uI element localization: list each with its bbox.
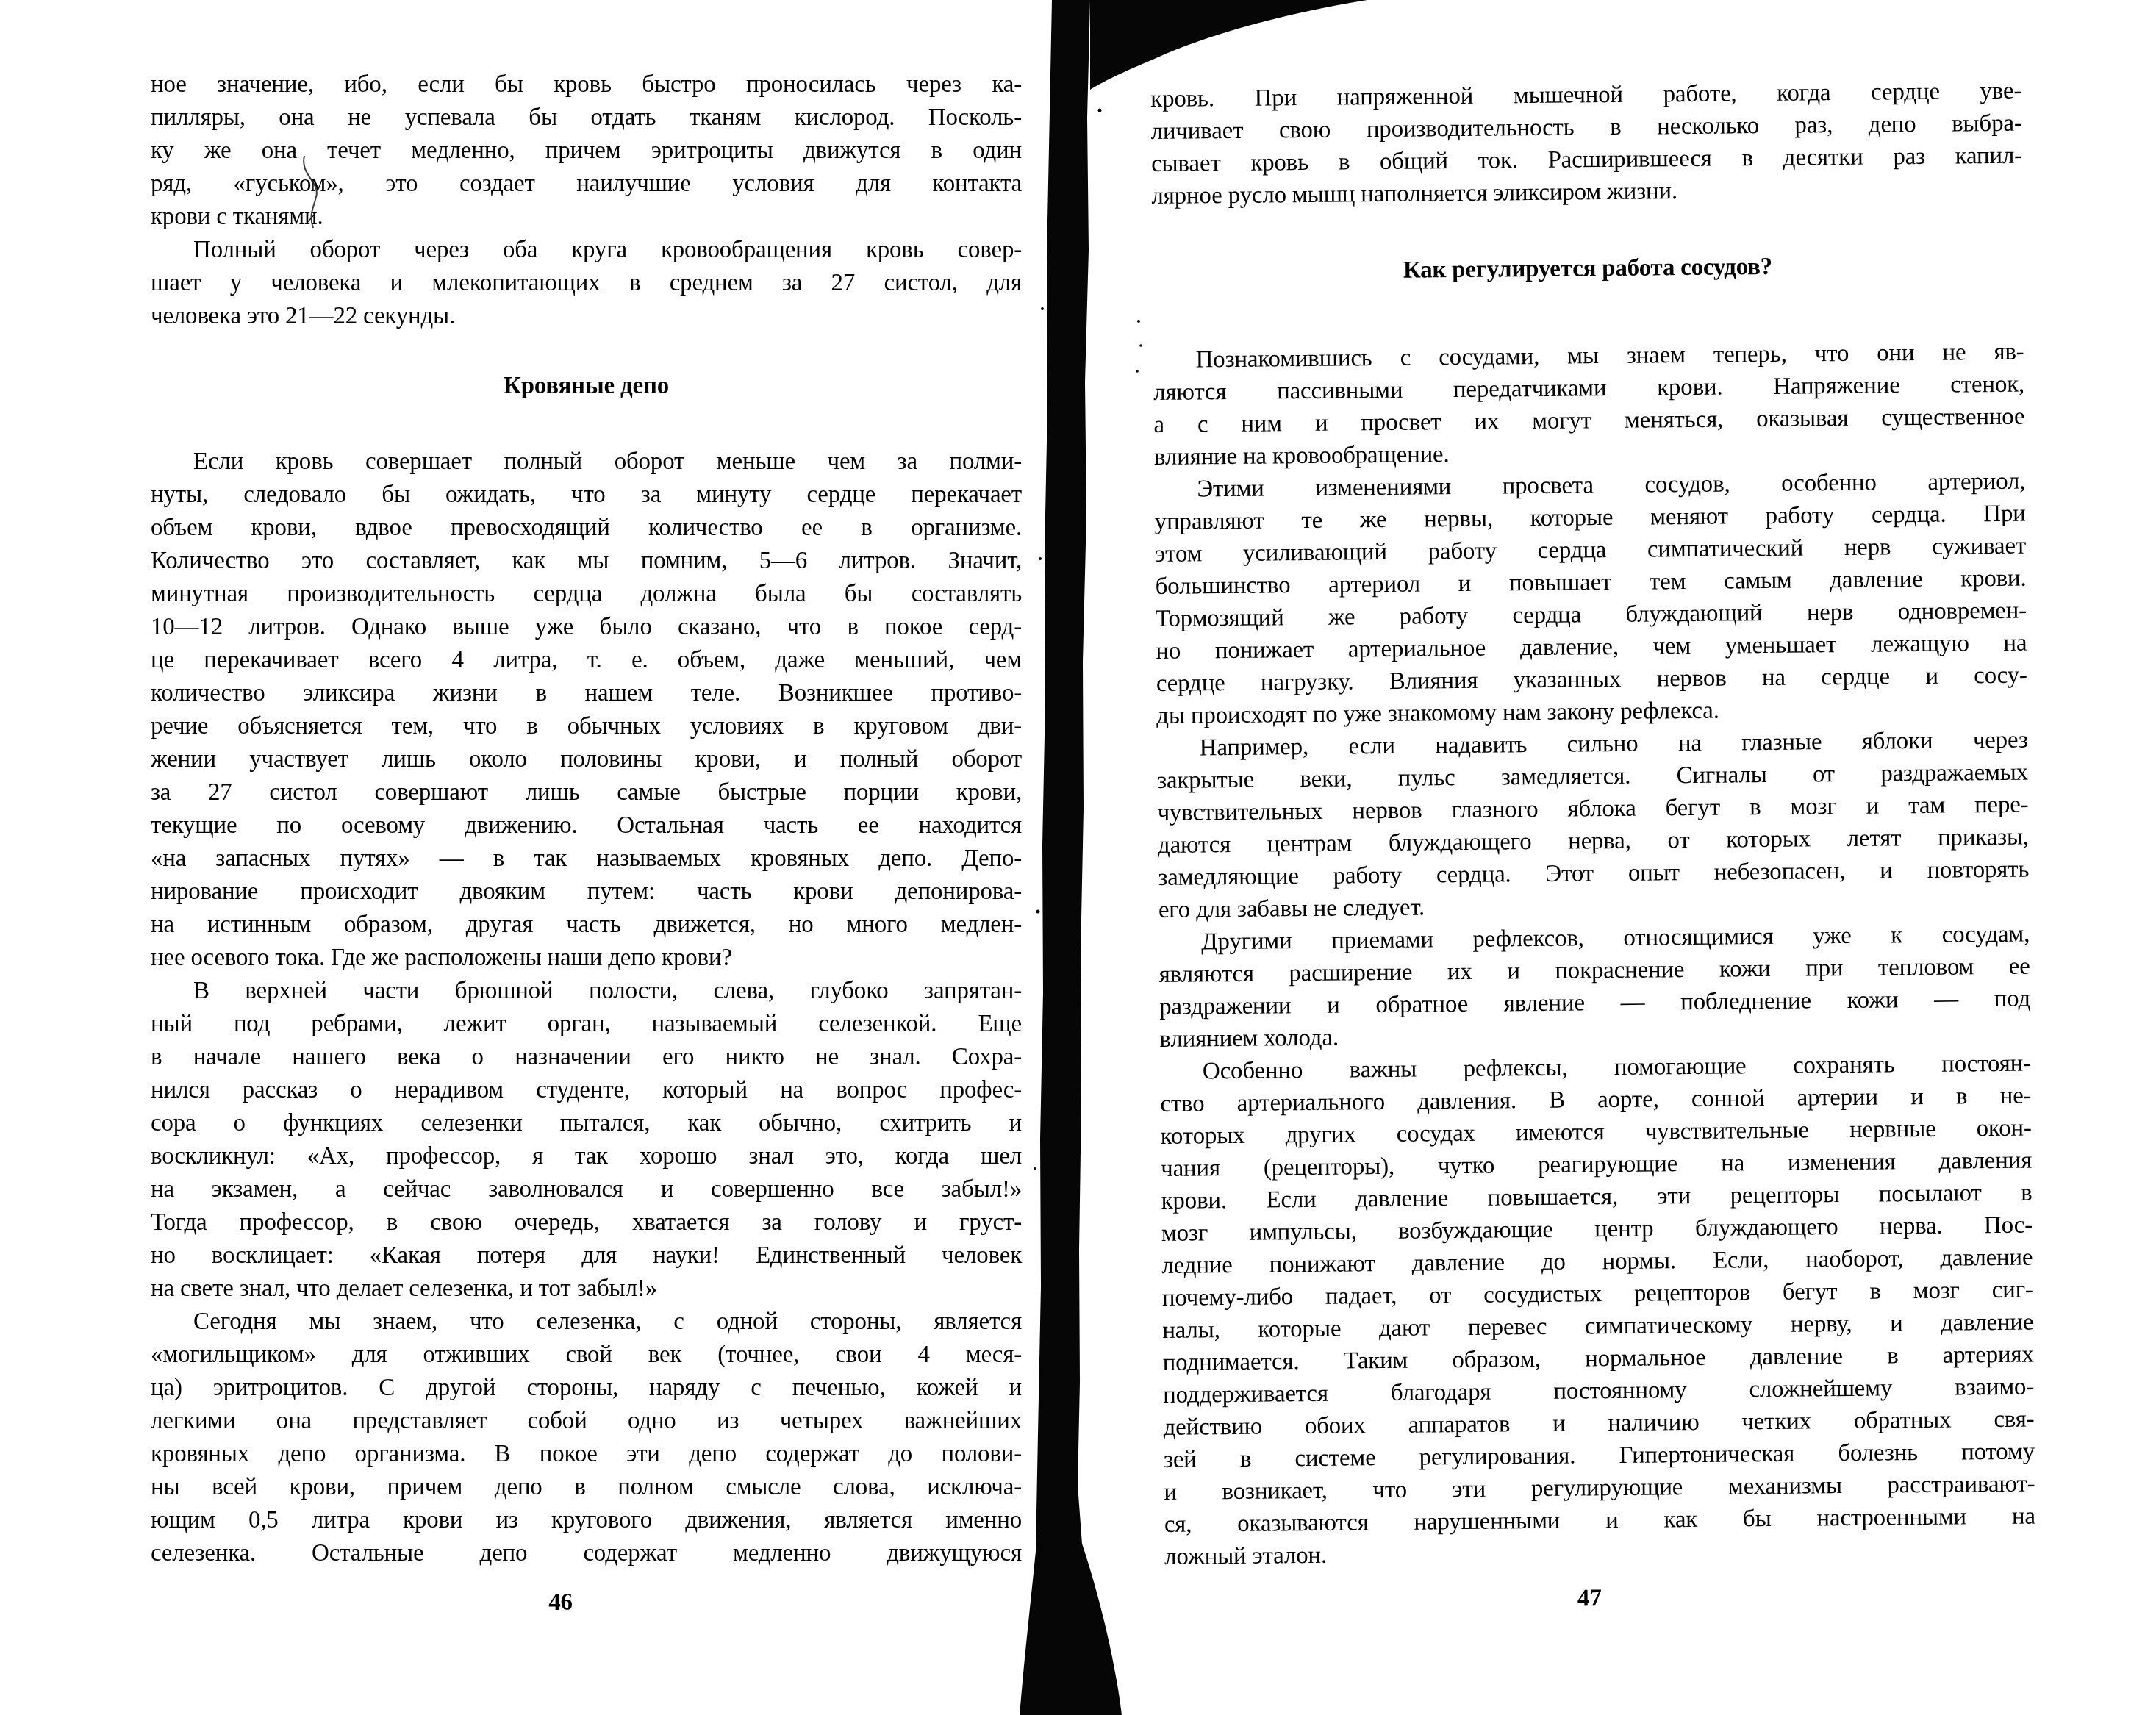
page-left-text: ное значение, ибо, если бы кровь быстро … [151, 68, 1022, 1570]
text-line: кровяных депо организма. В покое эти деп… [151, 1438, 1022, 1471]
paragraph: Познакомившись с сосудами, мы знаем тепе… [1153, 336, 2025, 473]
ink-speckle [1136, 370, 1139, 373]
text-line: минутная производительность сердца должн… [151, 578, 1022, 611]
paragraph: Например, если надавить сильно на глазны… [1156, 724, 2029, 926]
text-line: жении участвует лишь около половины кров… [151, 743, 1022, 776]
text-line: це перекачивает всего 4 литра, т. е. объ… [151, 644, 1022, 677]
text-line: Тогда профессор, в свою очередь, хватает… [151, 1206, 1022, 1239]
text-line: объем крови, вдвое превосходящий количес… [151, 512, 1022, 545]
paragraph: Этими изменениями просвета сосудов, особ… [1154, 465, 2027, 732]
text-line: В верхней части брюшной полости, слева, … [151, 975, 1022, 1008]
text-line: 10—12 литров. Однако выше уже было сказа… [151, 611, 1022, 644]
text-line: за 27 систол совершают лишь самые быстры… [151, 776, 1022, 809]
text-line: речие объясняется тем, что в обычных усл… [151, 710, 1022, 743]
text-line: «на запасных путях» — в так называемых к… [151, 842, 1022, 876]
text-line: ны всей крови, причем депо в полном смыс… [151, 1471, 1022, 1504]
ink-speckle [1039, 557, 1042, 560]
text-line: в начале нашего века о назначении его ни… [151, 1041, 1022, 1074]
text-line: ющим 0,5 литра крови из кругового движен… [151, 1504, 1022, 1537]
page-left: ное значение, ибо, если бы кровь быстро … [151, 68, 1022, 1619]
text-line: сора о функциях селезенки пытался, как о… [151, 1107, 1022, 1140]
text-line: ряд, «гуськом», это создает наилучшие ус… [151, 168, 1022, 201]
ink-speckle [1137, 320, 1140, 323]
text-line: ца) эритроцитов. С другой стороны, наряд… [151, 1372, 1022, 1405]
ink-speckle [1139, 344, 1142, 347]
page-top-edge-shadow [1090, 0, 1367, 90]
paragraph: Сегодня мы знаем, что селезенка, с одной… [151, 1306, 1022, 1570]
paragraph: кровь. При напряженной мышечной работе, … [1150, 75, 2023, 212]
text-line: нился рассказ о нерадивом студенте, кото… [151, 1074, 1022, 1107]
text-line: Количество это составляет, как мы помним… [151, 545, 1022, 578]
paragraph: Особенно важны рефлексы, помогающие сохр… [1160, 1048, 2036, 1573]
section-heading: Кровяные депо [151, 370, 1022, 403]
page-number-left: 46 [125, 1586, 996, 1619]
paragraph: Другими приемами рефлексов, относящимися… [1158, 918, 2031, 1056]
paragraph: Полный оборот через оба круга кровообращ… [151, 234, 1022, 333]
text-line: пилляры, она не успевала бы отдать тканя… [151, 101, 1022, 135]
paragraph: Если кровь совершает полный оборот меньш… [151, 445, 1022, 975]
ink-speckle [1041, 307, 1044, 310]
ink-speckle [1036, 910, 1040, 914]
text-line: на истинным образом, другая часть движет… [151, 909, 1022, 942]
text-line: нирование происходит двояким путем: част… [151, 876, 1022, 909]
text-line: Если кровь совершает полный оборот меньш… [151, 445, 1022, 479]
text-line: текущие по осевому движению. Остальная ч… [151, 809, 1022, 842]
paragraph: В верхней части брюшной полости, слева, … [151, 975, 1022, 1306]
paragraph: ное значение, ибо, если бы кровь быстро … [151, 68, 1022, 234]
section-heading: Как регулируется работа сосудов? [1152, 248, 2023, 289]
text-line: нее осевого тока. Где же расположены наш… [151, 942, 1022, 975]
text-line: ный под ребрами, лежит орган, называемый… [151, 1008, 1022, 1041]
text-line: количество эликсира жизни в нашем теле. … [151, 677, 1022, 710]
ink-speckle [1098, 109, 1102, 112]
text-line: воскликнул: «Ах, профессор, я так хорошо… [151, 1140, 1022, 1173]
text-line: Полный оборот через оба круга кровообращ… [151, 234, 1022, 267]
page-number-right: 47 [1154, 1578, 2025, 1619]
text-line: ное значение, ибо, если бы кровь быстро … [151, 68, 1022, 101]
text-line: «могильщиком» для отживших свой век (точ… [151, 1339, 1022, 1372]
text-line: ку же она течет медленно, причем эритроц… [151, 135, 1022, 168]
text-line: на экзамен, а сейчас заволновался и сове… [151, 1173, 1022, 1206]
text-line: селезенка. Остальные депо содержат медле… [151, 1537, 1022, 1570]
text-line: человека это 21—22 секунды. [151, 300, 1022, 333]
text-line: крови с тканями. [151, 201, 1022, 234]
text-line: но восклицает: «Какая потеря для науки! … [151, 1239, 1022, 1272]
text-line: шает у человека и млекопитающих в средне… [151, 267, 1022, 300]
text-line: Сегодня мы знаем, что селезенка, с одной… [151, 1306, 1022, 1339]
ink-speckle [1034, 1167, 1036, 1170]
text-line: легкими она представляет собой одно из ч… [151, 1405, 1022, 1438]
page-right-text: кровь. При напряженной мышечной работе, … [1150, 75, 2035, 1573]
gutter-shadow [1020, 0, 1122, 1715]
text-line: нуты, следовало бы ожидать, что за минут… [151, 479, 1022, 512]
page-right: кровь. При напряженной мышечной работе, … [1150, 75, 2036, 1619]
text-line: на свете знал, что делает селезенка, и т… [151, 1272, 1022, 1306]
